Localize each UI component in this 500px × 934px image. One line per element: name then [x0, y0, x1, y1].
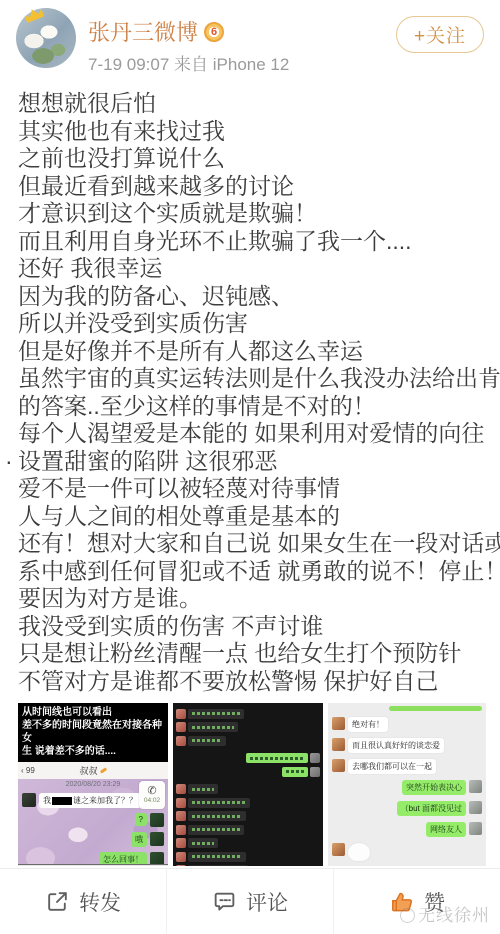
- message-bubble: [188, 838, 218, 848]
- image1-chat-body: 2020/08/20 23:29 ✆ 04:02 我谜之来加我了？？ ? 哦 怎…: [18, 779, 168, 866]
- bullet-marker: ·: [5, 448, 13, 476]
- post-header: 张丹三微博 6 7-19 09:07 来自 iPhone 12 +关注: [0, 0, 500, 88]
- post-line: 还有！想对大家和自己说 如果女生在一段对话或关: [18, 530, 488, 558]
- chat-message-right: 网络友人: [332, 822, 482, 837]
- image1-caption: 从时间线也可以看出 差不多的时间段竟然在对接各种女 生 说着差不多的话....: [18, 703, 168, 762]
- username[interactable]: 张丹三微博: [88, 16, 198, 47]
- post-line: 因为我的防备心、迟钝感、: [18, 283, 488, 311]
- post-time: 7-19 09:07: [88, 55, 169, 74]
- action-bar: 转发 评论 赞: [0, 868, 500, 934]
- chat-message-right: （but 面都没见过: [332, 801, 482, 816]
- avatar: [469, 822, 482, 835]
- post-source: 来自 iPhone 12: [174, 55, 289, 74]
- chat-message-left: 而且很认真好好的谈恋爱: [332, 738, 482, 753]
- crown-icon: [22, 5, 46, 25]
- avatar: [332, 717, 345, 730]
- message-bubble: [188, 865, 248, 866]
- image-thumbnail-1[interactable]: 从时间线也可以看出 差不多的时间段竟然在对接各种女 生 说着差不多的话.... …: [18, 703, 168, 866]
- message-bubble: 去哪我们都可以在一起: [348, 759, 436, 774]
- partial-green-bubble: [389, 706, 482, 711]
- message-bubble: [188, 825, 244, 835]
- avatar: [176, 736, 186, 746]
- post-line: 其实他也有来找过我: [18, 118, 488, 146]
- avatar: [310, 753, 320, 763]
- post-line: 的答案..至少这样的事情是不对的！: [18, 393, 488, 421]
- post-line: 但是好像并不是所有人都这么幸运: [18, 338, 488, 366]
- chat-message-left: [176, 825, 320, 835]
- post-line: 还好 我很幸运: [18, 255, 488, 283]
- chat-message-left: [176, 736, 320, 746]
- message-bubble: ?: [135, 813, 147, 826]
- follow-button[interactable]: +关注: [396, 16, 484, 53]
- chat-message-right: [176, 767, 320, 777]
- message-bubble: [188, 811, 246, 821]
- censor-bar: [52, 797, 72, 805]
- message-bubble: [188, 784, 218, 794]
- post-line: 但最近看到越来越多的讨论: [18, 173, 488, 201]
- avatar: [176, 709, 186, 719]
- wrench-emoji-icon: [99, 767, 106, 773]
- message-bubble: [282, 767, 308, 777]
- chat-message-left: [176, 865, 320, 866]
- message-bubble: [188, 798, 250, 808]
- avatar: [176, 811, 186, 821]
- comment-button[interactable]: 评论: [166, 869, 333, 934]
- chat-message-left: [176, 722, 320, 732]
- message-bubble: [188, 852, 246, 862]
- chat-message-left: [176, 784, 320, 794]
- avatar: [176, 784, 186, 794]
- like-button[interactable]: 赞: [333, 869, 500, 934]
- comment-label: 评论: [246, 887, 288, 917]
- chat-message-left: [176, 811, 320, 821]
- post-line: 系中感到任何冒犯或不适 就勇敢的说不！停止！不: [18, 558, 488, 586]
- message-bubble: 而且很认真好好的谈恋爱: [348, 738, 444, 753]
- chat-message-left: 去哪我们都可以在一起: [332, 759, 482, 774]
- post-line: 只是想让粉丝清醒一点 也给女生打个预防针: [18, 640, 488, 668]
- chat-message-right: [176, 753, 320, 763]
- repost-icon: [45, 889, 70, 914]
- chat-message-right: 突然开始表决心: [332, 780, 482, 795]
- message-bubble: [188, 709, 244, 719]
- message-bubble: 我谜之来加我了？？: [39, 793, 141, 808]
- post-line: 之前也没打算说什么: [18, 145, 488, 173]
- chat-message-right: ?: [18, 813, 168, 827]
- chat-message-left: [176, 709, 320, 719]
- chat-title: 叔叔: [79, 764, 106, 777]
- post-line: 要因为对方是谁。: [18, 585, 488, 613]
- comment-icon: [212, 889, 237, 914]
- post-line: 虽然宇宙的真实运转法则是什么我没办法给出肯定: [18, 365, 488, 393]
- post-line: 我没受到实质的伤害 不声讨谁: [18, 613, 488, 641]
- chat-message-left: [332, 843, 482, 861]
- attached-images: 从时间线也可以看出 差不多的时间段竟然在对接各种女 生 说着差不多的话.... …: [18, 703, 486, 866]
- avatar: [176, 865, 186, 866]
- chat-message-left: 绝对有！: [332, 717, 482, 732]
- avatar: [176, 798, 186, 808]
- avatar: [22, 793, 36, 807]
- avatar: [332, 843, 345, 856]
- chat-message-left: [176, 852, 320, 862]
- post-line: 想想就很后怕: [18, 90, 488, 118]
- post-line: ·设置甜蜜的陷阱 这很邪恶: [18, 448, 488, 476]
- avatar: [332, 738, 345, 751]
- user-avatar[interactable]: [16, 8, 76, 68]
- post-line: 不管对方是谁都不要放松警惕 保护好自己: [18, 668, 488, 696]
- message-bubble: [188, 736, 226, 746]
- back-icon: ‹ 99: [21, 766, 35, 775]
- repost-button[interactable]: 转发: [0, 869, 166, 934]
- avatar: [176, 838, 186, 848]
- avatar: [150, 813, 164, 827]
- avatar: [469, 801, 482, 814]
- post-line: 所以并没受到实质伤害: [18, 310, 488, 338]
- avatar: [176, 852, 186, 862]
- avatar: [469, 780, 482, 793]
- message-bubble: [188, 722, 238, 732]
- image1-chat-header: ‹ 99 叔叔: [18, 762, 168, 779]
- avatar: [310, 767, 320, 777]
- chat-message-left: [176, 798, 320, 808]
- chat-message-left: [176, 838, 320, 848]
- chat-input-strip: [18, 864, 168, 866]
- avatar: [176, 722, 186, 732]
- post-line: 每个人渴望爱是本能的 如果利用对爱情的向往: [18, 420, 488, 448]
- post-line: 人与人之间的相处尊重是基本的: [18, 503, 488, 531]
- avatar: [332, 759, 345, 772]
- message-bubble: [246, 753, 308, 763]
- repost-label: 转发: [79, 887, 121, 917]
- message-bubble: 网络友人: [426, 822, 466, 837]
- chat-message-right: 哦: [18, 832, 168, 847]
- like-label: 赞: [424, 887, 445, 917]
- image-thumbnail-2[interactable]: [173, 703, 323, 866]
- like-icon: [389, 889, 415, 915]
- post-line: 才意识到这个实质就是欺骗！: [18, 200, 488, 228]
- avatar: [176, 825, 186, 835]
- vip-badge-icon: 6: [204, 22, 224, 42]
- message-bubble: 突然开始表决心: [402, 780, 466, 795]
- image-thumbnail-3[interactable]: 绝对有！ 而且很认真好好的谈恋爱 去哪我们都可以在一起 突然开始表决心 （but…: [328, 703, 486, 866]
- phone-icon: ✆: [147, 786, 156, 797]
- call-widget: ✆ 04:02: [139, 781, 165, 809]
- post-meta: 7-19 09:07 来自 iPhone 12: [88, 50, 289, 75]
- message-bubble: （but 面都没见过: [397, 801, 466, 816]
- message-bubble: 绝对有！: [348, 717, 388, 732]
- call-duration: 04:02: [144, 797, 160, 804]
- sticker: [348, 843, 370, 861]
- post-text: 想想就很后怕 其实他也有来找过我 之前也没打算说什么 但最近看到越来越多的讨论 …: [18, 90, 488, 695]
- dark-chat-rows: [176, 709, 320, 867]
- post-line: 爱不是一件可以被轻蔑对待事情: [18, 475, 488, 503]
- avatar: [150, 832, 164, 846]
- post-line: 而且利用自身光环不止欺骗了我一个....: [18, 228, 488, 256]
- message-bubble: 哦: [131, 832, 147, 847]
